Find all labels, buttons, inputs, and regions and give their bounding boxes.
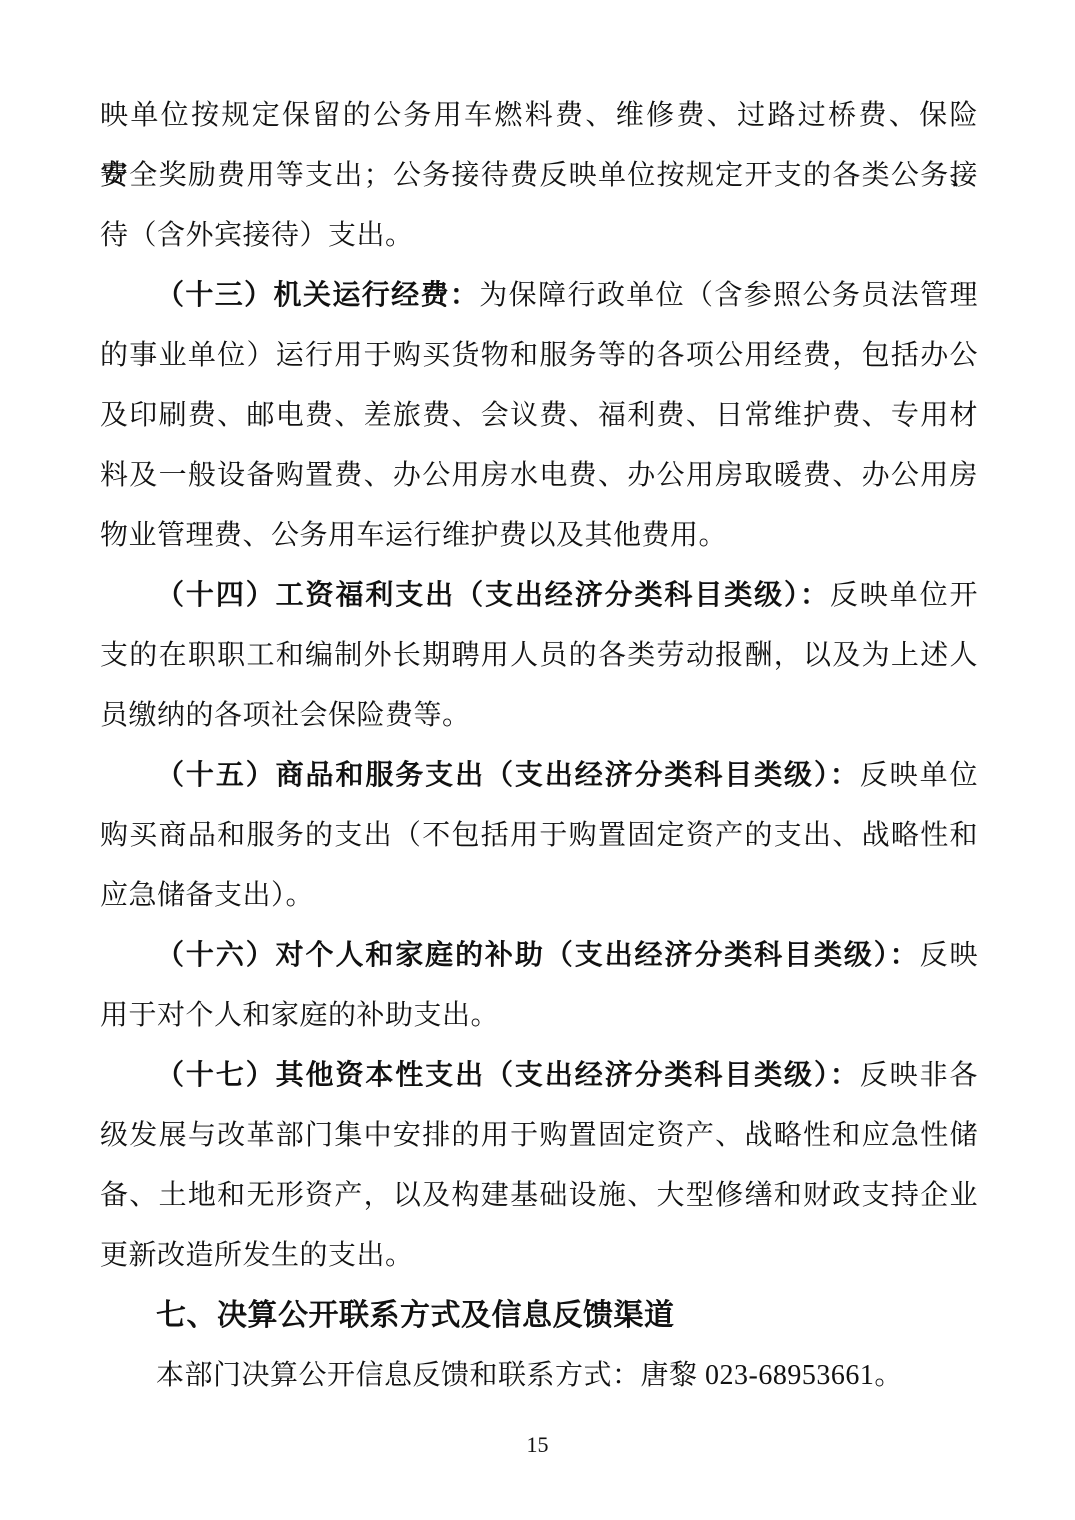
text-line: 映单位按规定保留的公务用车燃料费、维修费、过路过桥费、保险费、 bbox=[100, 86, 978, 146]
text-line: （十三）机关运行经费：为保障行政单位（含参照公务员法管理 bbox=[100, 266, 978, 326]
text-line: （十四）工资福利支出（支出经济分类科目类级）：反映单位开 bbox=[100, 566, 978, 626]
text-line: 本部门决算公开信息反馈和联系方式：唐黎 023-68953661。 bbox=[100, 1346, 978, 1406]
text-line: 支的在职职工和编制外长期聘用人员的各类劳动报酬，以及为上述人 bbox=[100, 626, 978, 686]
text-line: 物业管理费、公务用车运行维护费以及其他费用。 bbox=[100, 506, 978, 566]
text-run: 物业管理费、公务用车运行维护费以及其他费用。 bbox=[100, 520, 727, 551]
text-line: 级发展与改革部门集中安排的用于购置固定资产、战略性和应急性储 bbox=[100, 1106, 978, 1166]
bold-run: （十五）商品和服务支出（支出经济分类科目类级）： bbox=[156, 760, 860, 791]
text-line: 用于对个人和家庭的补助支出。 bbox=[100, 986, 978, 1046]
document-content: 映单位按规定保留的公务用车燃料费、维修费、过路过桥费、保险费、安全奖励费用等支出… bbox=[100, 86, 978, 1406]
text-run: 更新改造所发生的支出。 bbox=[100, 1240, 414, 1271]
text-run: 安全奖励费用等支出；公务接待费反映单位按规定开支的各类公务接 bbox=[100, 160, 978, 191]
text-line: 购买商品和服务的支出（不包括用于购置固定资产的支出、战略性和 bbox=[100, 806, 978, 866]
text-run: 料及一般设备购置费、办公用房水电费、办公用房取暖费、办公用房 bbox=[100, 460, 978, 491]
text-line: 的事业单位）运行用于购买货物和服务等的各项公用经费，包括办公 bbox=[100, 326, 978, 386]
text-run: 购买商品和服务的支出（不包括用于购置固定资产的支出、战略性和 bbox=[100, 820, 978, 851]
text-line: 安全奖励费用等支出；公务接待费反映单位按规定开支的各类公务接 bbox=[100, 146, 978, 206]
text-line: 应急储备支出）。 bbox=[100, 866, 978, 926]
text-run: 本部门决算公开信息反馈和联系方式：唐黎 023-68953661。 bbox=[156, 1360, 903, 1391]
bold-run: （十六）对个人和家庭的补助（支出经济分类科目类级）： bbox=[156, 940, 920, 971]
text-run: 支的在职职工和编制外长期聘用人员的各类劳动报酬，以及为上述人 bbox=[100, 640, 978, 671]
document-page: 映单位按规定保留的公务用车燃料费、维修费、过路过桥费、保险费、安全奖励费用等支出… bbox=[0, 0, 1075, 1520]
text-run: 应急储备支出）。 bbox=[100, 880, 314, 911]
text-line: （十七）其他资本性支出（支出经济分类科目类级）：反映非各 bbox=[100, 1046, 978, 1106]
text-run: 及印刷费、邮电费、差旅费、会议费、福利费、日常维护费、专用材 bbox=[100, 400, 978, 431]
bold-run: （十七）其他资本性支出（支出经济分类科目类级）： bbox=[156, 1060, 860, 1091]
text-line: 及印刷费、邮电费、差旅费、会议费、福利费、日常维护费、专用材 bbox=[100, 386, 978, 446]
text-line: （十五）商品和服务支出（支出经济分类科目类级）：反映单位 bbox=[100, 746, 978, 806]
text-line: 备、土地和无形资产，以及构建基础设施、大型修缮和财政支持企业 bbox=[100, 1166, 978, 1226]
bold-run: （十三）机关运行经费： bbox=[156, 280, 479, 311]
text-run: 备、土地和无形资产，以及构建基础设施、大型修缮和财政支持企业 bbox=[100, 1180, 978, 1211]
bold-run: （十四）工资福利支出（支出经济分类科目类级）： bbox=[156, 580, 830, 611]
page-number: 15 bbox=[527, 1432, 549, 1457]
text-run: 反映 bbox=[920, 940, 978, 971]
text-run: 员缴纳的各项社会保险费等。 bbox=[100, 700, 471, 731]
text-line: 料及一般设备购置费、办公用房水电费、办公用房取暖费、办公用房 bbox=[100, 446, 978, 506]
bold-run: 七、决算公开联系方式及信息反馈渠道 bbox=[156, 1299, 675, 1332]
text-line: 待（含外宾接待）支出。 bbox=[100, 206, 978, 266]
text-line: 员缴纳的各项社会保险费等。 bbox=[100, 686, 978, 746]
section-heading: 七、决算公开联系方式及信息反馈渠道 bbox=[100, 1286, 978, 1346]
text-run: 为保障行政单位（含参照公务员法管理 bbox=[479, 280, 978, 311]
text-run: 反映非各 bbox=[860, 1060, 978, 1091]
text-run: 级发展与改革部门集中安排的用于购置固定资产、战略性和应急性储 bbox=[100, 1120, 978, 1151]
text-line: 更新改造所发生的支出。 bbox=[100, 1226, 978, 1286]
text-run: 的事业单位）运行用于购买货物和服务等的各项公用经费，包括办公 bbox=[100, 340, 978, 371]
text-run: 反映单位开 bbox=[830, 580, 978, 611]
text-run: 待（含外宾接待）支出。 bbox=[100, 220, 414, 251]
text-run: 反映单位 bbox=[860, 760, 978, 791]
text-run: 用于对个人和家庭的补助支出。 bbox=[100, 1000, 499, 1031]
text-line: （十六）对个人和家庭的补助（支出经济分类科目类级）：反映 bbox=[100, 926, 978, 986]
page-footer: 15 bbox=[0, 1432, 1075, 1458]
